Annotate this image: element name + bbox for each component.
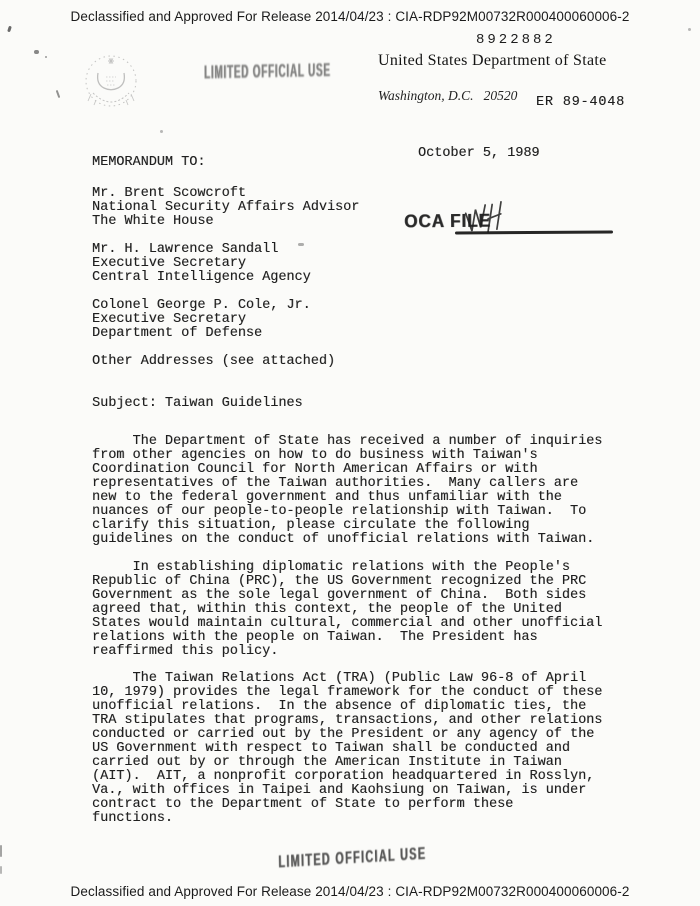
scan-artifact: [0, 866, 2, 874]
recipient-block-sandall: Mr. H. Lawrence Sandall Executive Secret…: [92, 243, 311, 285]
scan-artifact: [34, 50, 39, 54]
limited-official-use-stamp-top: LIMITED OFFICIAL USE: [204, 60, 331, 83]
declassification-header: Declassified and Approved For Release 20…: [0, 9, 700, 24]
scan-artifact: [45, 56, 47, 58]
recipient-block-cole: Colonel George P. Cole, Jr. Executive Se…: [92, 299, 311, 341]
scan-artifact: [56, 90, 61, 98]
body-paragraph-1: The Department of State has received a n…: [92, 435, 602, 547]
er-number: ER 89-4048: [536, 95, 625, 110]
department-of-state-seal-icon: [82, 50, 140, 114]
memo-date: October 5, 1989: [418, 147, 540, 161]
scan-artifact: [298, 243, 304, 246]
scan-artifact: [160, 130, 163, 133]
letterhead-agency-name: United States Department of State: [378, 52, 607, 70]
recipient-block-scowcroft: Mr. Brent Scowcroft National Security Af…: [92, 187, 359, 229]
other-addressees-line: Other Addresses (see attached): [92, 355, 335, 369]
oca-file-underline: [455, 230, 613, 234]
declassification-footer: Declassified and Approved For Release 20…: [0, 884, 700, 899]
scan-artifact: [7, 26, 12, 33]
body-paragraph-2: In establishing diplomatic relations wit…: [92, 561, 602, 659]
case-number: 8922882: [476, 32, 556, 48]
memorandum-to-label: MEMORANDUM TO:: [92, 156, 205, 170]
oca-file-handwritten-value: WH: [463, 199, 507, 236]
declassified-memo-page: Declassified and Approved For Release 20…: [0, 0, 700, 906]
body-paragraph-3: The Taiwan Relations Act (TRA) (Public L…: [92, 672, 602, 826]
subject-line: Subject: Taiwan Guidelines: [92, 397, 303, 411]
scan-artifact: [0, 845, 2, 857]
scan-artifact: [688, 28, 691, 31]
limited-official-use-stamp-bottom: LIMITED OFFICIAL USE: [278, 842, 426, 872]
letterhead-address-line: Washington, D.C. 20520: [378, 88, 517, 104]
